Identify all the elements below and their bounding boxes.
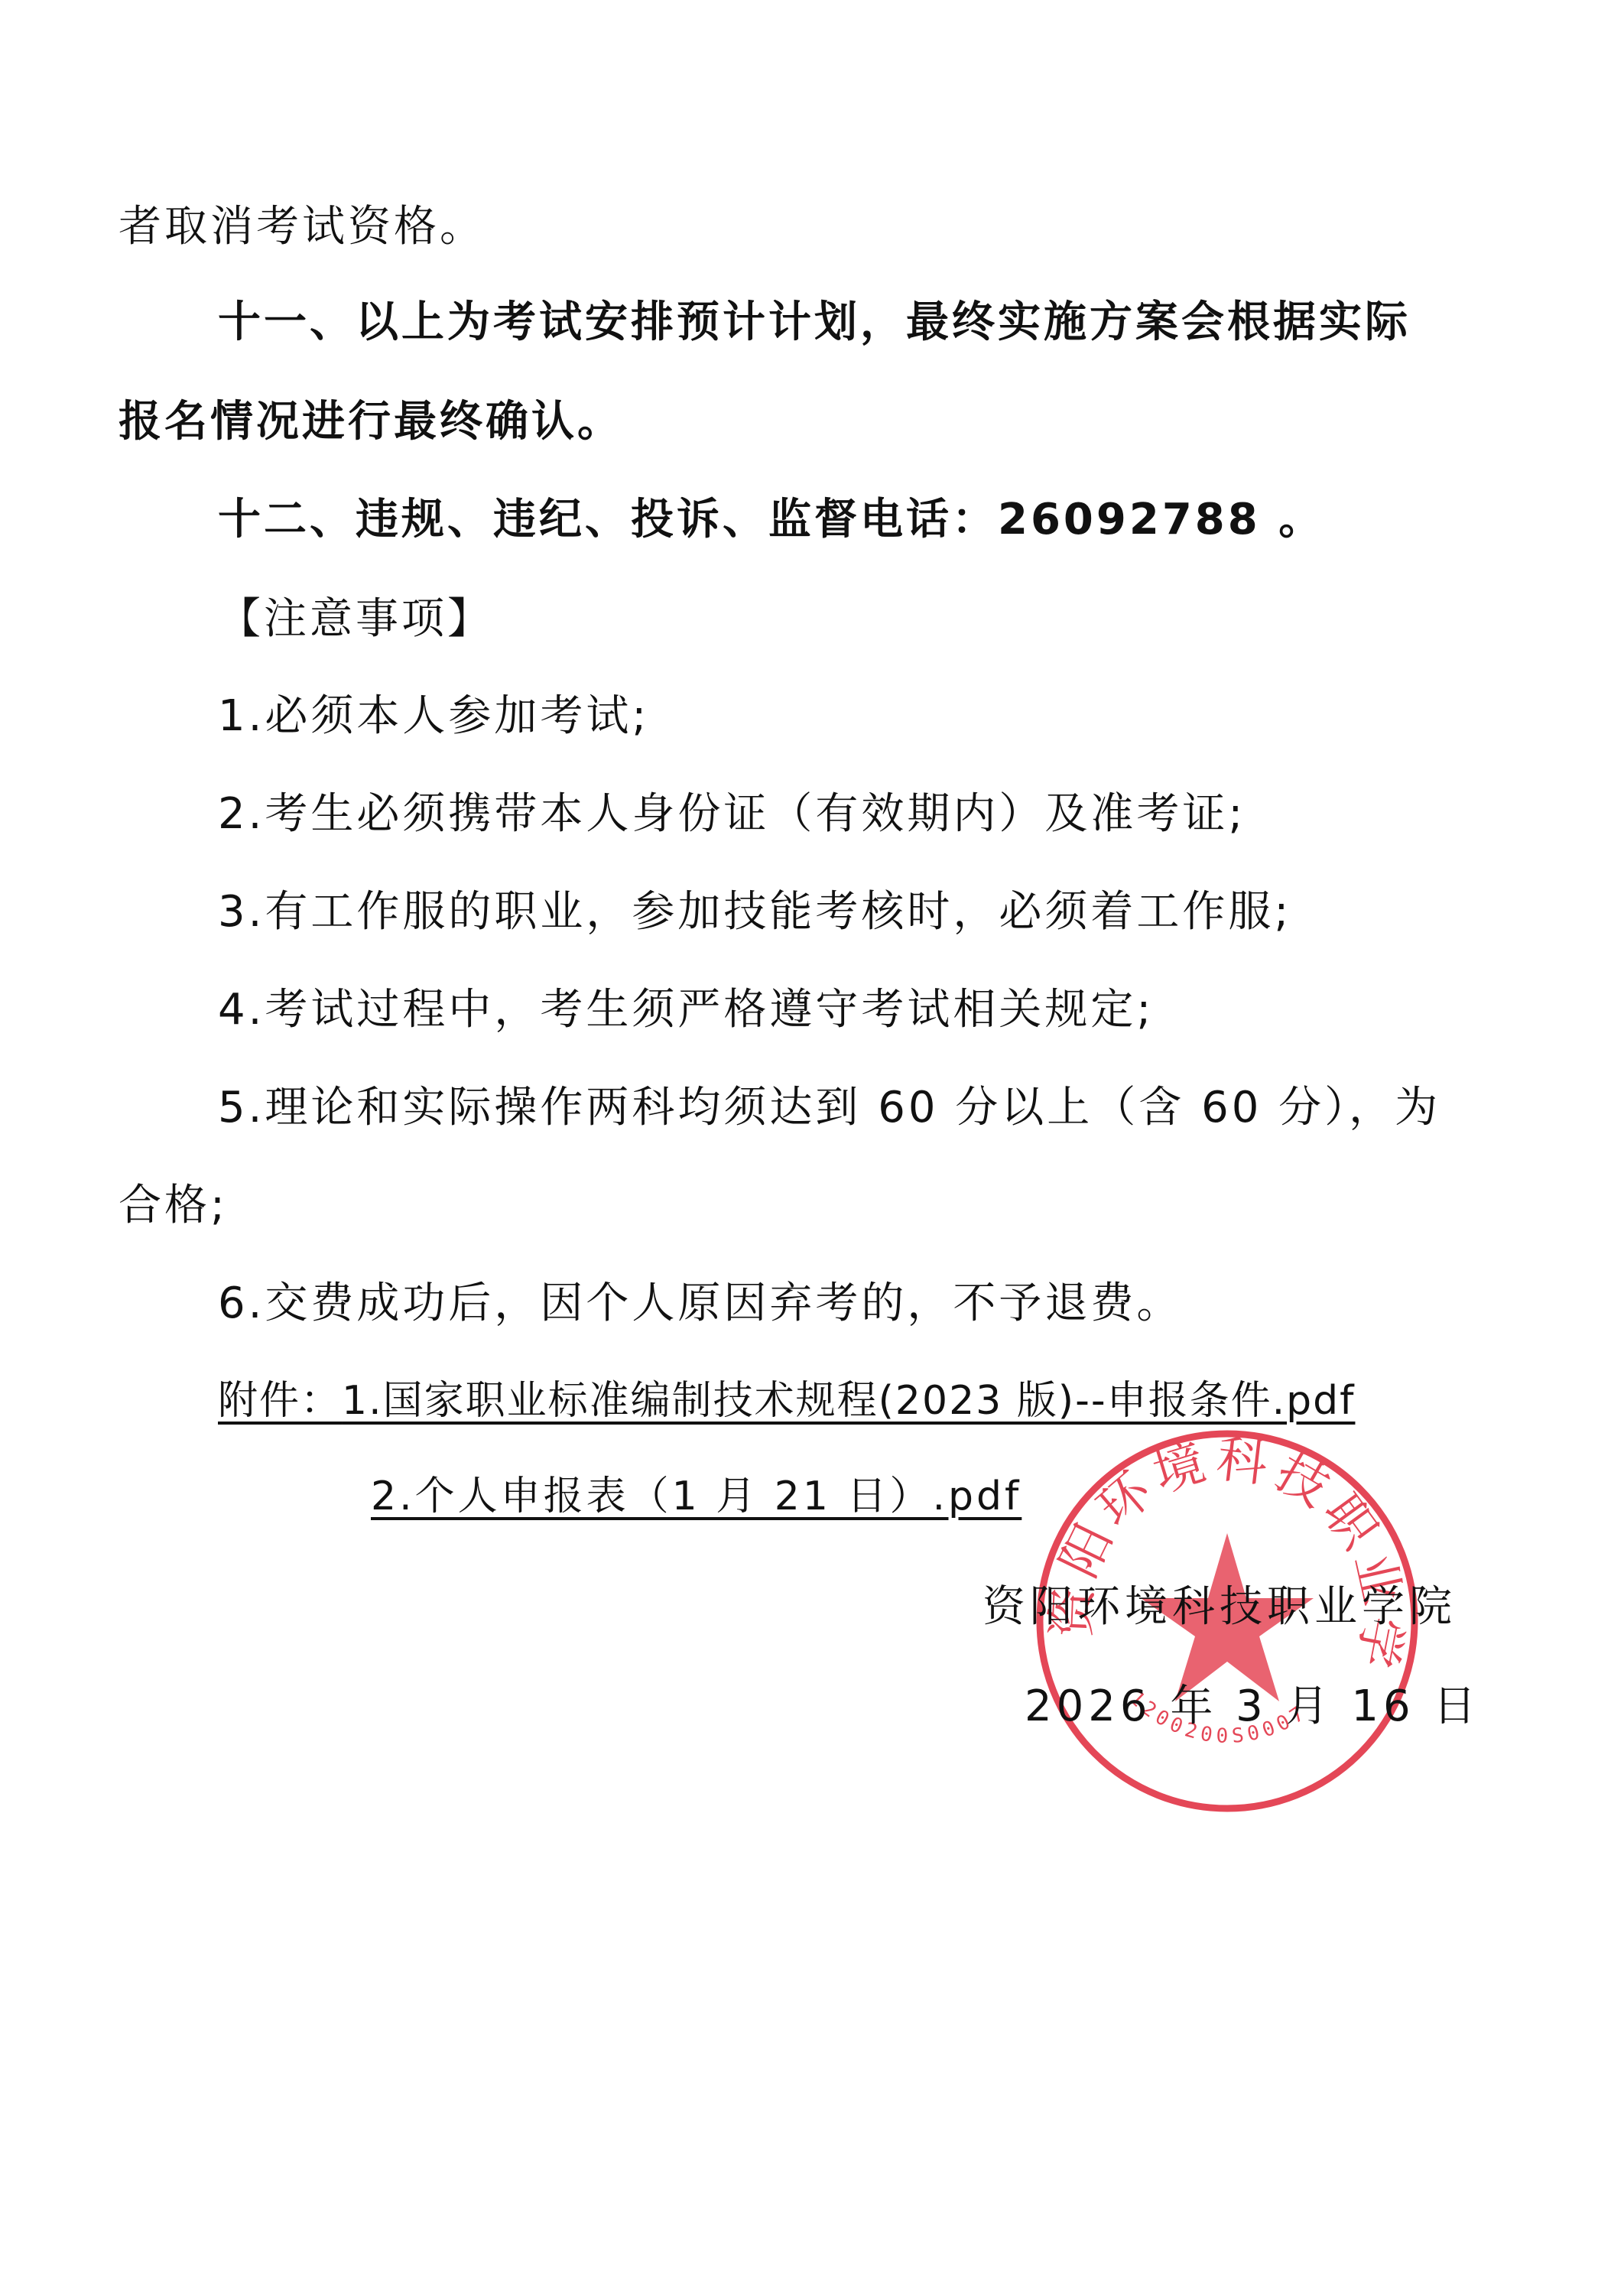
note-item: 1.必须本人参加考试; xyxy=(218,692,649,741)
note-item: 2.考生必须携带本人身份证（有效期内）及准考证; xyxy=(218,790,1246,839)
note-item: 3.有工作服的职业，参加技能考核时，必须着工作服; xyxy=(218,888,1291,937)
item-11-line-2: 报名情况进行最终确认。 xyxy=(119,398,623,447)
attachment-link-2[interactable]: 2.个人申报表（1 月 21 日）.pdf xyxy=(371,1474,1021,1519)
note-item: 4.考试过程中，考生须严格遵守考试相关规定; xyxy=(218,986,1154,1035)
signature-date: 2026 年 3 月 16 日 xyxy=(1025,1682,1480,1731)
note-item: 5.理论和实际操作两科均须达到 60 分以上（含 60 分），为 xyxy=(218,1084,1440,1132)
signature-organization: 资阳环境科技职业学院 xyxy=(983,1583,1457,1632)
note-item: 6.交费成功后，因个人原因弃考的，不予退费。 xyxy=(218,1279,1182,1328)
attachments-block: 附件：1.国家职业标准编制技术规程(2023 版)--申报条件.pdf xyxy=(218,1376,1355,1425)
attachments-label: 附件： xyxy=(218,1378,342,1424)
svg-text:资阳环境科技职业学院: 资阳环境科技职业学院 xyxy=(1025,1418,1414,1678)
item-12-hotline: 十二、违规、违纪、投诉、监督电话：26092788 。 xyxy=(218,496,1324,544)
attachment-row-2: 2.个人申报表（1 月 21 日）.pdf xyxy=(371,1472,1021,1521)
note-item-continuation: 合格; xyxy=(119,1181,228,1230)
attachment-link-1[interactable]: 1.国家职业标准编制技术规程(2023 版)--申报条件.pdf xyxy=(342,1378,1355,1424)
notes-heading: 【注意事项】 xyxy=(218,595,493,644)
paragraph-continuation: 者取消考试资格。 xyxy=(119,203,486,252)
item-11-line-1: 十一、以上为考试安排预计计划，最终实施方案会根据实际 xyxy=(218,298,1411,347)
